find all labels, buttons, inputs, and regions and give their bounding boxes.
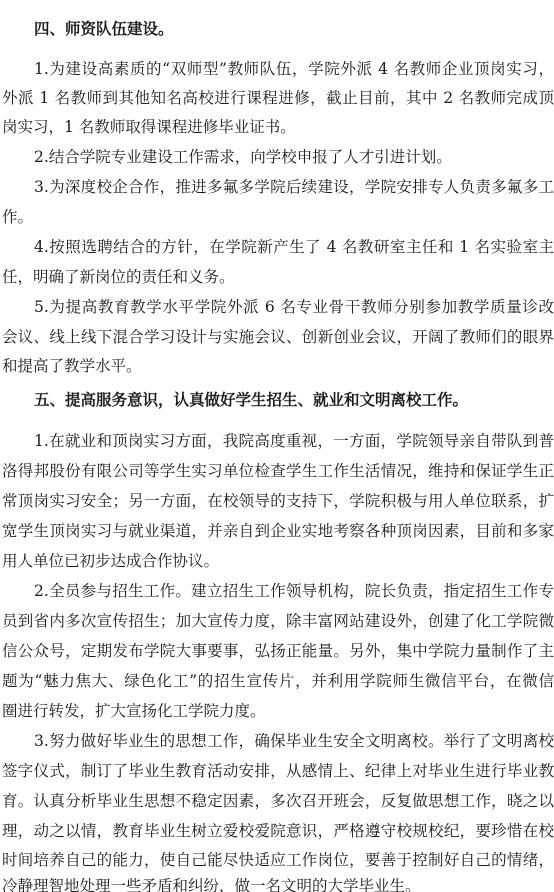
section-heading-teachers: 四、师资队伍建设。 [34,18,174,40]
paragraph-line: 会议、线上线下混合学习设计与实施会议、创新创业会议，开阔了教师们的眼界 [2,326,554,348]
paragraph-line: 5.为提高教育教学水平学院外派 6 名专业骨干教师分别参加教学质量诊改 [34,296,554,318]
paragraph-line: 1.为建设高素质的“双师型”教师队伍，学院外派 4 名教师企业顶岗实习， [34,58,554,80]
paragraph-line: 签字仪式，制订了毕业生教育活动安排，从感情上、纪律上对毕业生进行毕业教 [2,760,554,782]
paragraph-line: 3.努力做好毕业生的思想工作，确保毕业生安全文明离校。举行了文明离校 [34,730,554,752]
paragraph-line: 任，明确了新岗位的责任和义务。 [2,266,554,288]
paragraph-line: 育。认真分析毕业生思想不稳定因素，多次召开班会，反复做思想工作，晓之以 [2,790,554,812]
paragraph-line: 理，动之以情，教育毕业生树立爱校爱院意识，严格遵守校规校纪，要珍惜在校 [2,820,554,842]
paragraph-line: 洛得邦股份有限公司等学生实习单位检查学生工作生活情况，维持和保证学生正 [2,460,554,482]
paragraph-line: 1.在就业和顶岗实习方面，我院高度重视，一方面，学院领导亲自带队到普 [34,430,554,452]
paragraph-line: 冷静理智地处理一些矛盾和纠纷，做一名文明的大学毕业生。 [2,875,554,892]
paragraph-line: 作。 [2,206,554,228]
paragraph-line: 4.按照选聘结合的方针，在学院新产生了 4 名教研室主任和 1 名实验室主 [34,236,554,258]
paragraph-line: 和提高了教学水平。 [2,355,554,377]
paragraph-line: 岗实习，1 名教师取得课程进修毕业证书。 [2,116,554,138]
paragraph-line: 常顶岗实习安全；另一方面，在校领导的支持下，学院积极与用人单位联系，扩 [2,490,554,512]
paragraph-line: 3.为深度校企合作，推进多氟多学院后续建设，学院安排专人负责多氟多工 [34,176,554,198]
paragraph-line: 题为“魅力焦大、绿色化工”的招生宣传片，并利用学院师生微信平台，在微信 [2,670,554,692]
paragraph-line: 圈进行转发，扩大宣扬化工学院力度。 [2,700,554,722]
section-heading-service: 五、提高服务意识，认真做好学生招生、就业和文明离校工作。 [34,389,468,411]
paragraph-line: 外派 1 名教师到其他知名高校进行课程进修，截止目前，其中 2 名教师完成顶 [2,87,554,109]
paragraph-line: 2.全员参与招生工作。建立招生工作领导机构，院长负责，指定招生工作专 [34,580,554,602]
paragraph-line: 宽学生顶岗实习与就业渠道，并亲自到企业实地考察各种顶岗因素，目前和多家 [2,520,554,542]
paragraph-line: 2.结合学院专业建设工作需求，向学校申报了人才引进计划。 [34,146,554,168]
paragraph-line: 员到省内多次宣传招生；加大宣传力度，除丰富网站建设外，创建了化工学院微 [2,610,554,632]
paragraph-line: 信公众号，定期发布学院大事要事，弘扬正能量。另外，集中学院力量制作了主 [2,640,554,662]
paragraph-line: 用人单位已初步达成合作协议。 [2,550,554,572]
paragraph-line: 时间培养自己的能力，使自己能尽快适应工作岗位，要善于控制好自己的情绪， [2,849,554,871]
